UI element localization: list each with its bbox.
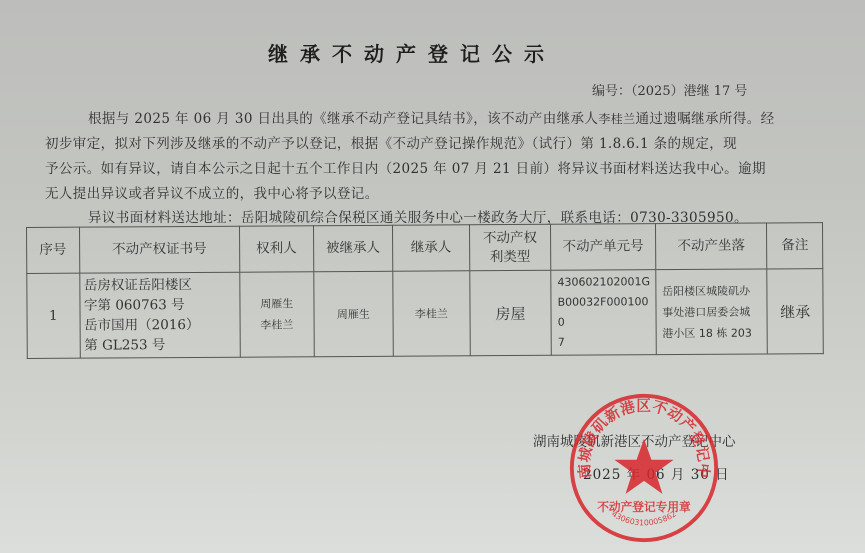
header-location: 不动产坐落 (655, 223, 767, 270)
header-cert-no: 不动产权证书号 (79, 226, 240, 273)
cell-unit-no: 430602102001G B00032F0001000 7 (551, 270, 656, 356)
cert-no-line: 岳房权证岳阳楼区 (84, 275, 239, 296)
location-line: 事处港口居委会城 (662, 301, 767, 323)
document-title: 继承不动产登记公示 (268, 38, 598, 67)
official-seal-icon: 湖南城陵矶新港区不动产登记中心 不动产登记专用章 4306031000586​2 (566, 390, 722, 546)
right-holder-name: 李桂兰 (240, 314, 313, 335)
header-right-type: 不动产权利类型 (469, 224, 551, 270)
paragraph-line-1: 根据与 2025 年 06 月 30 日出具的《继承不动产登记具结书》，该不动产… (88, 107, 775, 127)
header-unit-no: 不动产单元号 (551, 224, 656, 271)
header-right-holder: 权利人 (239, 226, 313, 272)
cell-right-type: 房屋 (469, 270, 551, 355)
table-header-row: 序号 不动产权证书号 权利人 被继承人 继承人 不动产权利类型 不动产单元号 不… (27, 223, 823, 274)
property-table: 序号 不动产权证书号 权利人 被继承人 继承人 不动产权利类型 不动产单元号 不… (26, 222, 824, 359)
document-number: 编号：（2025）港继 17 号 (592, 80, 747, 99)
cert-no-line: 岳市国用（2016） (84, 315, 239, 336)
cell-right-holders: 周雁生 李桂兰 (240, 272, 314, 357)
header-right-type-line1: 不动产权 (470, 228, 551, 247)
location-line: 岳阳楼区城陵矶办 (662, 280, 767, 302)
cell-seq: 1 (27, 273, 80, 358)
paragraph-text: 根据与 2025 年 06 月 30 日出具的《继承不动产登记具结书》，该不动产… (88, 111, 598, 127)
header-remarks: 备注 (767, 223, 823, 269)
location-line: 港小区 18 栋 203 (662, 322, 767, 344)
right-holder-name: 周雁生 (240, 293, 313, 314)
paragraph-text: 通过遗嘱继承所得。经 (636, 111, 775, 127)
paragraph-line-3: 予公示。如有异议，请自本公示之日起十五个工作日内（2025 年 07 月 21 … (45, 157, 766, 177)
cert-no-line: 字第 060763 号 (84, 295, 239, 316)
header-right-type-line2: 利类型 (470, 247, 551, 266)
cell-remarks: 继承 (767, 269, 823, 354)
cert-no-line: 第 GL253 号 (84, 335, 239, 356)
unit-no-line: 7 (558, 332, 656, 353)
paragraph-line-2: 初步审定，拟对下列涉及继承的不动产予以登记，根据《不动产登记操作规范》（试行）第… (45, 132, 737, 152)
heir-name-inline: 李桂兰 (598, 112, 635, 126)
unit-no-line: B00032F0001000 (558, 292, 656, 333)
seal-inner-text: 不动产登记专用章 (597, 500, 691, 514)
header-heir: 继承人 (393, 225, 470, 271)
table-row: 1 岳房权证岳阳楼区 字第 060763 号 岳市国用（2016） 第 GL25… (27, 269, 824, 359)
cell-cert-no: 岳房权证岳阳楼区 字第 060763 号 岳市国用（2016） 第 GL253 … (79, 272, 240, 358)
cell-heir: 李桂兰 (393, 271, 470, 356)
cell-location: 岳阳楼区城陵矶办 事处港口居委会城 港小区 18 栋 203 (655, 269, 767, 355)
paragraph-line-4: 无人提出异议或者异议不成立的，我中心将予以登记。 (45, 182, 379, 202)
header-seq: 序号 (27, 227, 80, 273)
cell-decedent: 周雁生 (313, 271, 393, 356)
notice-page: 继承不动产登记公示 编号：（2025）港继 17 号 根据与 2025 年 06… (0, 0, 865, 553)
unit-no-line: 430602102001G (557, 272, 655, 293)
header-decedent: 被继承人 (313, 225, 393, 271)
